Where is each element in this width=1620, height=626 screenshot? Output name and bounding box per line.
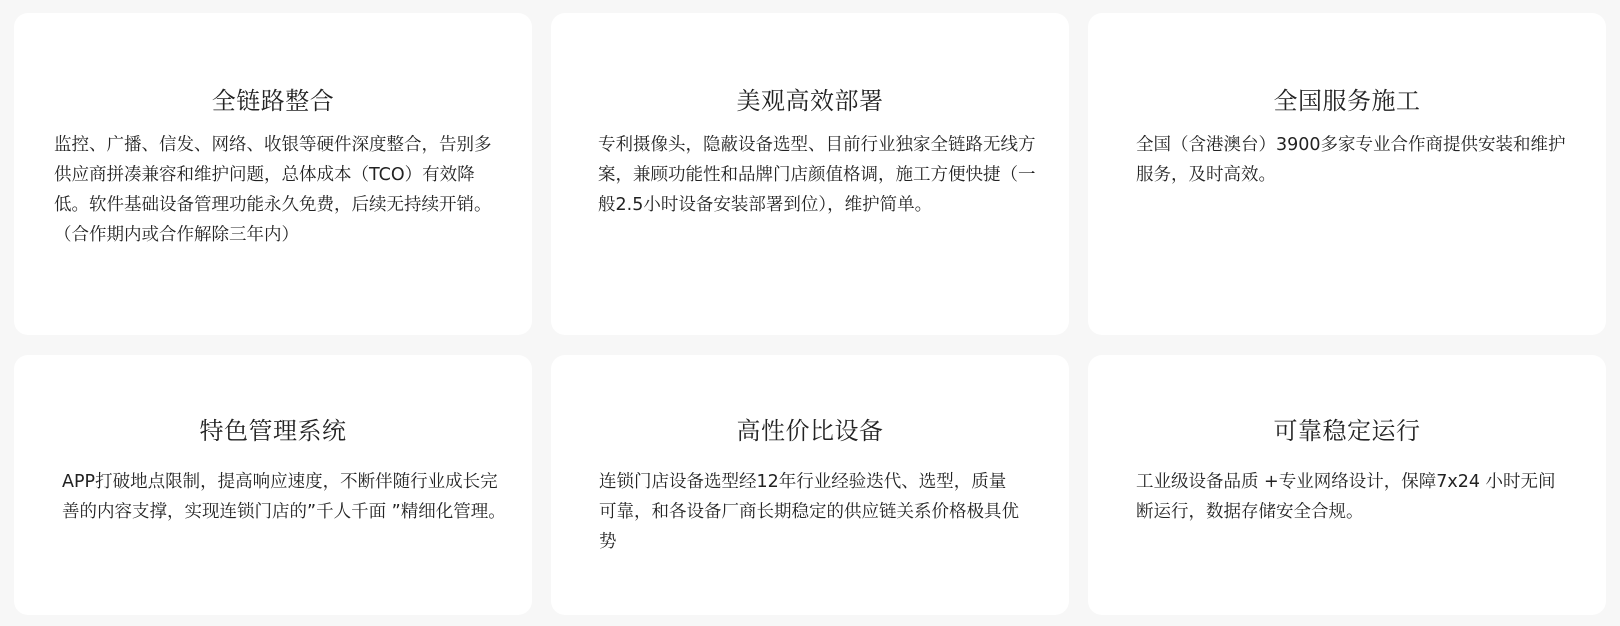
feature-title: 可靠稳定运行 <box>1088 411 1606 446</box>
feature-title: 美观高效部署 <box>551 81 1069 116</box>
feature-card-full-chain-integration: 全链路整合 监控、广播、信发、网络、收银等硬件深度整合，告别多供应商拼凑兼容和维… <box>14 13 532 335</box>
feature-description: 连锁门店设备选型经12年行业经验迭代、选型，质量可靠，和各设备厂商长期稳定的供应… <box>599 467 1019 557</box>
feature-card-management-system: 特色管理系统 APP打破地点限制，提高响应速度，不断伴随行业成长完善的内容支撑，… <box>14 355 532 615</box>
feature-card-nationwide-service: 全国服务施工 全国（含港澳台）3900多家专业合作商提供安装和维护服务，及时高效… <box>1088 13 1606 335</box>
feature-description: 专利摄像头，隐蔽设备选型、目前行业独家全链路无线方案，兼顾功能性和品牌门店颜值格… <box>598 130 1036 220</box>
feature-description: APP打破地点限制，提高响应速度，不断伴随行业成长完善的内容支撑，实现连锁门店的… <box>62 467 510 527</box>
feature-card-elegant-deployment: 美观高效部署 专利摄像头，隐蔽设备选型、目前行业独家全链路无线方案，兼顾功能性和… <box>551 13 1069 335</box>
feature-description: 全国（含港澳台）3900多家专业合作商提供安装和维护服务，及时高效。 <box>1136 130 1566 190</box>
feature-title: 全链路整合 <box>14 81 532 116</box>
feature-title: 全国服务施工 <box>1088 81 1606 116</box>
feature-grid: 全链路整合 监控、广播、信发、网络、收银等硬件深度整合，告别多供应商拼凑兼容和维… <box>14 13 1607 615</box>
feature-title: 高性价比设备 <box>551 411 1069 446</box>
feature-card-cost-effective-devices: 高性价比设备 连锁门店设备选型经12年行业经验迭代、选型，质量可靠，和各设备厂商… <box>551 355 1069 615</box>
feature-description: 工业级设备品质 +专业网络设计，保障7x24 小时无间断运行，数据存储安全合规。 <box>1136 467 1566 527</box>
feature-card-reliable-operation: 可靠稳定运行 工业级设备品质 +专业网络设计，保障7x24 小时无间断运行，数据… <box>1088 355 1606 615</box>
feature-description: 监控、广播、信发、网络、收银等硬件深度整合，告别多供应商拼凑兼容和维护问题，总体… <box>54 130 494 250</box>
feature-title: 特色管理系统 <box>14 411 532 446</box>
